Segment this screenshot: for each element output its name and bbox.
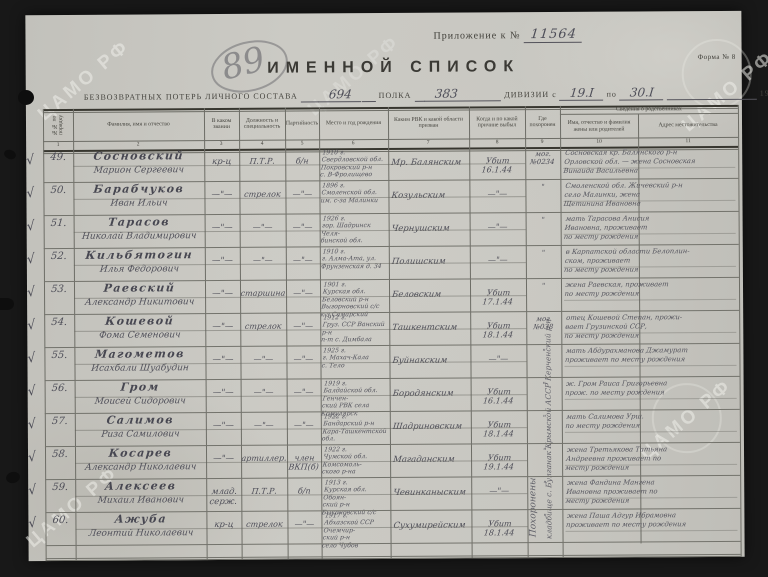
cell-grave: ": [526, 414, 562, 422]
col-header-grave: Где похоронен: [525, 106, 560, 138]
cell-casualty: Убит 18.1.44: [470, 420, 528, 438]
cell-surname: Салимов: [74, 413, 206, 427]
cell-relatives: в Карпатской области Белоплин- ском, про…: [560, 247, 741, 275]
row-number: 60.: [47, 515, 74, 526]
column-number: 11: [685, 138, 690, 144]
cell-casualty: Убит 19.1.44: [470, 453, 528, 471]
cell-grave: ": [527, 447, 563, 455]
cell-relatives: жена Раевская, проживает по месту рожден…: [560, 280, 740, 299]
table-row: √ 52. Кильбятогин Илья Федорович —"— —"—…: [44, 245, 739, 282]
column-number: 8: [496, 139, 499, 145]
column-number: 2: [137, 141, 140, 147]
appendix-label: Приложение к №: [433, 30, 520, 42]
column-number: 4: [261, 141, 264, 147]
table-row: √ 55. Магометов Исахбали Шуабудин —"— —"…: [44, 344, 739, 381]
appendix-line: Приложение к № 11564: [433, 27, 582, 44]
cell-grave: ": [525, 249, 561, 257]
row-number: 58.: [46, 449, 73, 460]
row-number: 55.: [46, 350, 73, 361]
cell-grave: ": [527, 480, 563, 488]
cell-grave: ": [525, 216, 561, 224]
column-number: 3: [220, 141, 223, 147]
row-number: 49.: [45, 152, 72, 163]
column-number: 7: [427, 140, 430, 146]
table-row: √ 60. Ажуба Леонтий Николаевич кр-ц стре…: [45, 509, 740, 546]
row-number: 52.: [45, 251, 72, 262]
date-to: 30.I: [619, 85, 664, 100]
cell-birthplace: 1896 г. Смоленской обл. им. с-за Малинки: [318, 182, 389, 205]
col-header-position: Должность и специальность: [239, 108, 285, 140]
subtitle-polka: ПОЛКА: [379, 91, 412, 100]
date-from: 19.I: [559, 86, 604, 101]
document-page: ЦАМО РФ ЦАМО РФ ЦАМО РФ ЦАМО РФ ЦАМО РФ …: [25, 11, 744, 561]
cell-surname: Раевский: [73, 281, 205, 295]
cell-grave: мог. №038: [525, 315, 562, 331]
column-number: 10: [596, 139, 602, 145]
row-number: 51.: [45, 218, 72, 229]
table-row: √ 49. Сосновский Марион Сергеевич кр-ц П…: [43, 146, 738, 183]
col-header-rank: В каком звании: [204, 108, 239, 140]
subtitle-pre: БЕЗВОЗВРАТНЫХ ПОТЕРЬ ЛИЧНОГО СОСТАВА: [84, 92, 298, 102]
cell-casualty: Убит 16.1.44: [470, 387, 528, 405]
table-row: √ 57. Салимов Риза Самилович —"— —"— —"—…: [45, 410, 740, 447]
cell-surname: Сосновский: [73, 149, 205, 163]
cell-grave: ": [527, 513, 563, 521]
col-header-address: Адрес местожительства: [638, 114, 738, 138]
col-header-birthplace: Место и год рождения: [319, 107, 388, 139]
row-number: 56.: [46, 383, 73, 394]
table-row: √ 54. Кошевой Фома Семенович —"— стрелок…: [44, 311, 739, 348]
checkmark-icon: √: [26, 152, 35, 169]
cell-relatives: мать Тарасова Анисия Ивановна, проживает…: [559, 214, 740, 242]
cell-casualty: Убит 16.1.44: [468, 156, 526, 174]
ink-mark: [0, 298, 14, 310]
cell-casualty: Убит 17.1.44: [469, 288, 527, 306]
row-number: 59.: [47, 482, 74, 493]
cell-surname: Магометов: [74, 347, 206, 361]
checkmark-icon: √: [26, 185, 35, 202]
division-number: 383: [424, 86, 468, 101]
table-row: √ 56. Гром Моисей Сидорович —"— —"— —"— …: [45, 377, 740, 414]
col-header-index: №№ по порядку: [43, 109, 73, 141]
cell-relatives: мать Абдурахманова Джамурат проживает по…: [561, 346, 741, 365]
cell-relatives: жена Третьякова Татьяна Андреевна прожив…: [561, 445, 742, 473]
table-row: √ 59. Алексеев Михаил Иванович млад. сер…: [45, 476, 740, 513]
checkmark-icon: √: [27, 284, 36, 301]
row-number: 53.: [45, 284, 72, 295]
cell-rank: млад. серж.: [205, 487, 242, 507]
row-number: 57.: [46, 416, 73, 427]
col-header-relative-name: Имя, отчество и фамилия жены или родител…: [560, 114, 638, 137]
cell-surname: Алексеев: [75, 479, 207, 493]
cell-surname: Барабчуков: [73, 182, 205, 196]
cell-grave: мог. №0234: [524, 150, 561, 166]
cell-surname: Кильбятогин: [73, 248, 205, 262]
subtitle-po: по: [607, 90, 617, 99]
row-number: 54.: [46, 317, 73, 328]
cell-grave: ": [525, 183, 561, 191]
checkmark-icon: √: [27, 317, 36, 334]
table-row: √ 58. Косарев Александр Николаевич —"— а…: [45, 443, 740, 480]
cell-relatives: жена Фандина Мангена Ивановна проживает …: [561, 478, 742, 506]
cell-surname: Тарасов: [73, 215, 205, 229]
row-number: 50.: [45, 185, 72, 196]
form-number: Форма № 8: [698, 53, 736, 61]
cell-casualty: Убит 18.1.44: [471, 519, 529, 537]
col-header-party: Партийность: [285, 107, 319, 139]
cell-surname: Косарев: [74, 446, 206, 460]
checkmark-icon: √: [28, 482, 37, 499]
appendix-number: 11564: [523, 27, 583, 43]
page-title: ИМЕННОЙ СПИСОК: [184, 58, 604, 79]
table-row: √ 51. Тарасов Николай Владимирович —"— —…: [44, 212, 739, 249]
col-header-drafted-by: Каким РВК и какой области призван: [388, 106, 469, 138]
column-number: 1: [57, 142, 60, 148]
checkmark-icon: √: [28, 515, 37, 532]
cell-relatives: жена Паша Адгур Ибрамовна проживает по м…: [562, 511, 742, 530]
table-row: √ 50. Барабчуков Иван Ильич —"— стрелок …: [43, 179, 738, 216]
checkmark-icon: √: [27, 416, 36, 433]
subtitle-division: ДИВИЗИИ с: [504, 90, 557, 99]
cell-casualty: Убит 18.1.44: [469, 321, 527, 339]
checkmark-icon: √: [27, 350, 36, 367]
column-number: 6: [352, 140, 355, 146]
col-header-name: Фамилия, имя и отчество: [73, 108, 204, 141]
column-number: 9: [541, 139, 544, 145]
cell-surname: Ажуба: [75, 512, 207, 526]
checkmark-icon: √: [26, 218, 35, 235]
cell-relatives: Смоленской обл. Жичевский р-н село Малин…: [559, 181, 740, 209]
cell-surname: Кошевой: [74, 314, 206, 328]
cell-birthplace: 1910 г. г. Алма-Ата, ул. Фрунзенская д. …: [319, 248, 390, 271]
cell-relatives: мать Салимова Урш. по месту рождения: [561, 412, 741, 431]
punch-hole: [18, 90, 34, 105]
cell-relatives: отец Кошевой Степан, прожи- вает Грузинс…: [560, 313, 741, 341]
scanned-archive-document: { "page": { "watermark": "ЦАМО РФ", "pen…: [0, 0, 768, 577]
casualty-table: №№ по порядку Фамилия, имя и отчество В …: [43, 105, 741, 561]
cell-surname: Гром: [74, 380, 206, 394]
cell-relatives: Сосновская кр. Балянского р-н Орловской …: [559, 148, 740, 176]
ink-mark: [5, 470, 21, 484]
subtitle-line: БЕЗВОЗВРАТНЫХ ПОТЕРЬ ЛИЧНОГО СОСТАВА 694…: [84, 85, 704, 104]
col-header-casualty: Когда и по какой причине выбыл: [469, 106, 525, 138]
cell-relatives: ж. Гром Раиса Григорьевна прож. по месту…: [561, 379, 741, 398]
ink-mark: [3, 148, 17, 161]
column-number: 5: [301, 140, 304, 146]
checkmark-icon: √: [27, 383, 36, 400]
checkmark-icon: √: [28, 449, 37, 466]
checkmark-icon: √: [26, 251, 35, 268]
subtitle-year: 19: [760, 89, 768, 98]
regiment-number: 694: [318, 87, 362, 102]
cell-grave: ": [526, 282, 562, 290]
table-row: √ 53. Раевский Александр Никитович —"— с…: [44, 278, 739, 315]
cell-grave: ": [526, 348, 562, 356]
cell-grave: ": [526, 381, 562, 389]
cell-birthplace: 1925 г. г. Махач-Кала с. Тело: [319, 347, 390, 370]
